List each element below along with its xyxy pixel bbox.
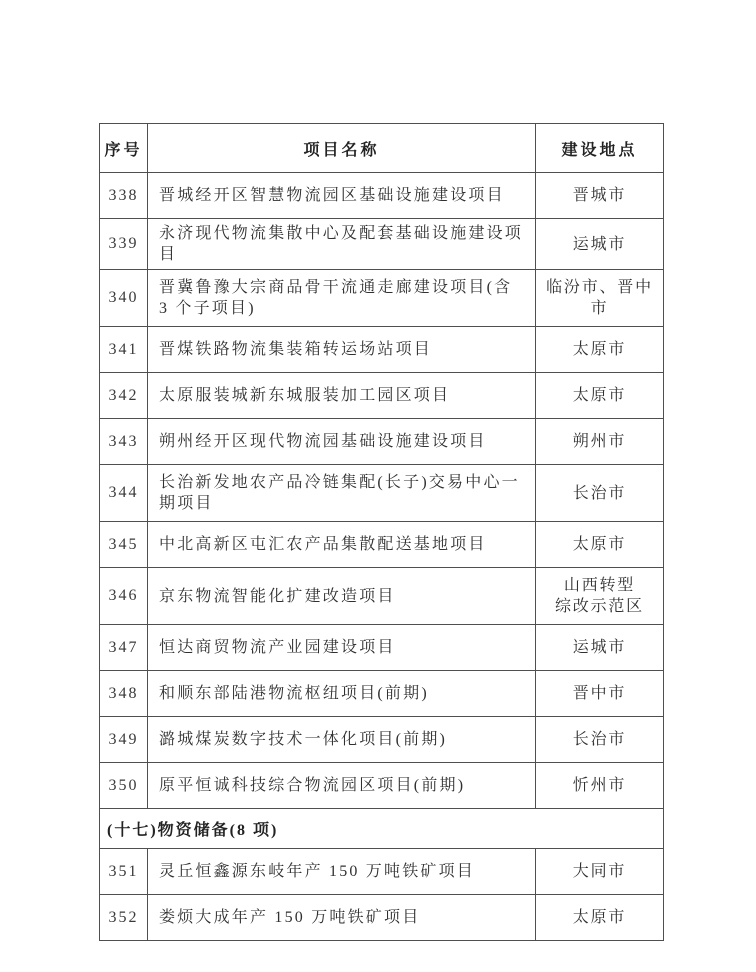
location-cell: 朔州市 <box>536 419 664 465</box>
project-name-cell: 恒达商贸物流产业园建设项目 <box>148 625 536 671</box>
project-name-cell: 太原服装城新东城服装加工园区项目 <box>148 373 536 419</box>
location-cell: 长治市 <box>536 717 664 763</box>
project-name-cell: 长治新发地农产品冷链集配(长子)交易中心一期项目 <box>148 465 536 522</box>
serial-cell: 344 <box>100 465 148 522</box>
location-line-2: 综改示范区 <box>538 596 661 617</box>
table-row: 351 灵丘恒鑫源东岐年产 150 万吨铁矿项目 大同市 <box>100 849 664 895</box>
table-row: 342 太原服装城新东城服装加工园区项目 太原市 <box>100 373 664 419</box>
serial-cell: 341 <box>100 327 148 373</box>
project-name-cell: 晋城经开区智慧物流园区基础设施建设项目 <box>148 173 536 219</box>
location-cell: 晋中市 <box>536 671 664 717</box>
table-row: 348 和顺东部陆港物流枢纽项目(前期) 晋中市 <box>100 671 664 717</box>
location-cell: 晋城市 <box>536 173 664 219</box>
table-row: 341 晋煤铁路物流集装箱转运场站项目 太原市 <box>100 327 664 373</box>
section-header-row: (十七)物资储备(8 项) <box>100 809 664 849</box>
location-cell: 忻州市 <box>536 763 664 809</box>
location-cell: 太原市 <box>536 327 664 373</box>
location-cell: 太原市 <box>536 895 664 941</box>
project-name-cell: 娄烦大成年产 150 万吨铁矿项目 <box>148 895 536 941</box>
project-name-cell: 灵丘恒鑫源东岐年产 150 万吨铁矿项目 <box>148 849 536 895</box>
project-name-cell: 晋煤铁路物流集装箱转运场站项目 <box>148 327 536 373</box>
serial-cell: 350 <box>100 763 148 809</box>
project-name-cell: 晋冀鲁豫大宗商品骨干流通走廊建设项目(含 3 个子项目) <box>148 270 536 327</box>
location-cell: 大同市 <box>536 849 664 895</box>
serial-cell: 339 <box>100 219 148 270</box>
location-cell: 临汾市、晋中市 <box>536 270 664 327</box>
table-row: 343 朔州经开区现代物流园基础设施建设项目 朔州市 <box>100 419 664 465</box>
location-cell: 山西转型 综改示范区 <box>536 568 664 625</box>
document-page: 序号 项目名称 建设地点 338 晋城经开区智慧物流园区基础设施建设项目 晋城市… <box>0 0 756 972</box>
table-row: 339 永济现代物流集散中心及配套基础设施建设项目 运城市 <box>100 219 664 270</box>
serial-cell: 352 <box>100 895 148 941</box>
project-name-cell: 和顺东部陆港物流枢纽项目(前期) <box>148 671 536 717</box>
section-header-label: (十七)物资储备(8 项) <box>100 809 664 849</box>
project-name-cell: 潞城煤炭数字技术一体化项目(前期) <box>148 717 536 763</box>
serial-cell: 345 <box>100 522 148 568</box>
table-header-row: 序号 项目名称 建设地点 <box>100 124 664 173</box>
table-row: 344 长治新发地农产品冷链集配(长子)交易中心一期项目 长治市 <box>100 465 664 522</box>
project-name-cell: 朔州经开区现代物流园基础设施建设项目 <box>148 419 536 465</box>
table-row: 345 中北高新区屯汇农产品集散配送基地项目 太原市 <box>100 522 664 568</box>
projects-table: 序号 项目名称 建设地点 338 晋城经开区智慧物流园区基础设施建设项目 晋城市… <box>99 123 664 941</box>
project-name-cell: 永济现代物流集散中心及配套基础设施建设项目 <box>148 219 536 270</box>
table-row: 346 京东物流智能化扩建改造项目 山西转型 综改示范区 <box>100 568 664 625</box>
project-name-cell: 京东物流智能化扩建改造项目 <box>148 568 536 625</box>
table-row: 347 恒达商贸物流产业园建设项目 运城市 <box>100 625 664 671</box>
table-row: 349 潞城煤炭数字技术一体化项目(前期) 长治市 <box>100 717 664 763</box>
table-row: 340 晋冀鲁豫大宗商品骨干流通走廊建设项目(含 3 个子项目) 临汾市、晋中市 <box>100 270 664 327</box>
project-name-cell: 中北高新区屯汇农产品集散配送基地项目 <box>148 522 536 568</box>
serial-cell: 349 <box>100 717 148 763</box>
project-name-cell: 原平恒诚科技综合物流园区项目(前期) <box>148 763 536 809</box>
serial-cell: 338 <box>100 173 148 219</box>
serial-cell: 343 <box>100 419 148 465</box>
table-row: 350 原平恒诚科技综合物流园区项目(前期) 忻州市 <box>100 763 664 809</box>
column-header-serial: 序号 <box>100 124 148 173</box>
serial-cell: 346 <box>100 568 148 625</box>
column-header-project-name: 项目名称 <box>148 124 536 173</box>
table-row: 352 娄烦大成年产 150 万吨铁矿项目 太原市 <box>100 895 664 941</box>
location-line-1: 山西转型 <box>538 575 661 596</box>
serial-cell: 340 <box>100 270 148 327</box>
location-cell: 太原市 <box>536 522 664 568</box>
location-cell: 运城市 <box>536 625 664 671</box>
serial-cell: 348 <box>100 671 148 717</box>
column-header-location: 建设地点 <box>536 124 664 173</box>
serial-cell: 351 <box>100 849 148 895</box>
serial-cell: 342 <box>100 373 148 419</box>
location-cell: 长治市 <box>536 465 664 522</box>
table-row: 338 晋城经开区智慧物流园区基础设施建设项目 晋城市 <box>100 173 664 219</box>
serial-cell: 347 <box>100 625 148 671</box>
location-cell: 运城市 <box>536 219 664 270</box>
location-cell: 太原市 <box>536 373 664 419</box>
